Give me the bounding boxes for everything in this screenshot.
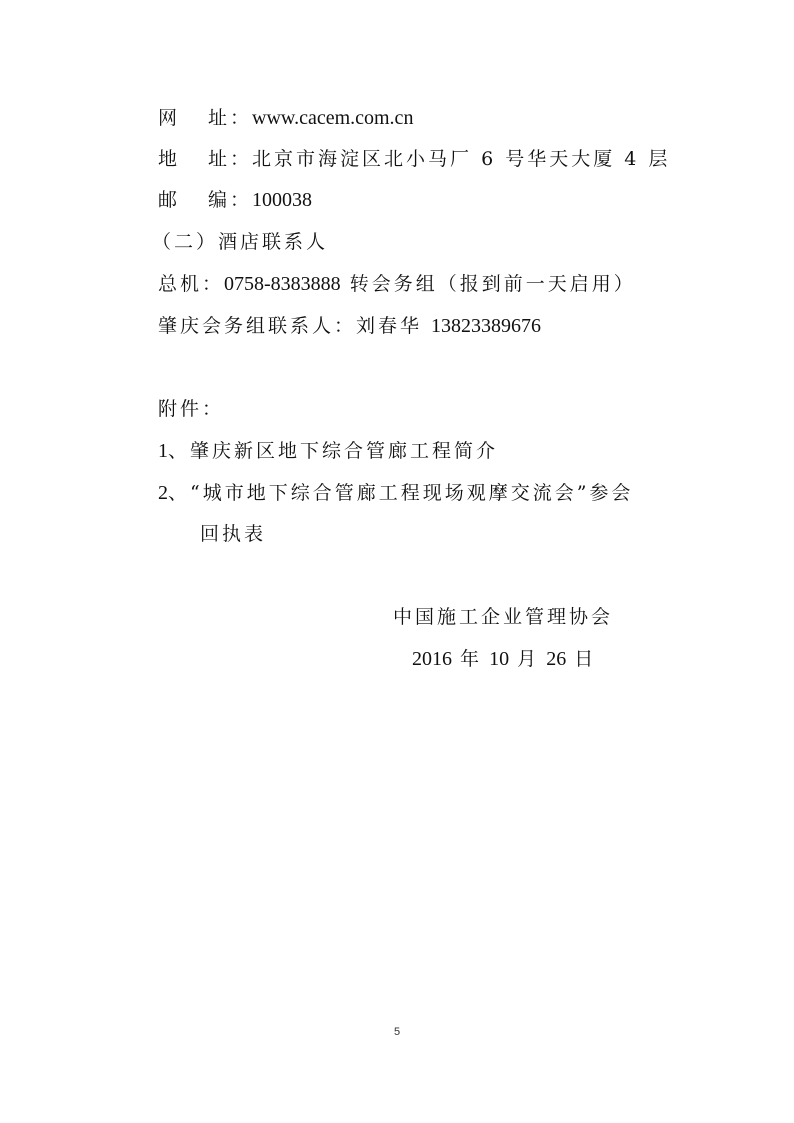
hotel-contact-heading: （二）酒店联系人 (152, 229, 328, 255)
attachment-item-2-continuation: 回执表 (200, 521, 266, 547)
date-day: 26 (546, 648, 566, 670)
date-month-unit: 月 (509, 648, 546, 670)
postcode-label-b: 编： (208, 189, 252, 211)
attachment-text: 、肇庆新区地下综合管廊工程简介 (168, 440, 498, 462)
contact-person-label: 肇庆会务组联系人：刘春华 (158, 315, 431, 337)
attachment-number: 2 (158, 482, 168, 504)
website-label-a: 网 (158, 107, 180, 129)
attachment-text: 、“城市地下综合管廊工程现场观摩交流会”参会 (168, 482, 633, 504)
switchboard-number: 0758-8383888 (224, 273, 341, 295)
postcode-value: 100038 (252, 189, 312, 211)
date-day-unit: 日 (566, 648, 595, 670)
attachments-heading: 附件： (158, 396, 224, 422)
address-line: 地址：北京市海淀区北小马厂 6 号华天大厦 4 层 (158, 146, 670, 172)
date-year-unit: 年 (452, 648, 489, 670)
website-line: 网址：www.cacem.com.cn (158, 105, 413, 131)
address-label-b: 址： (208, 148, 252, 170)
attachment-number: 1 (158, 440, 168, 462)
address-value: 北京市海淀区北小马厂 6 号华天大厦 4 层 (252, 148, 670, 170)
switchboard-line: 总机：0758-8383888 转会务组（报到前一天启用） (158, 271, 636, 297)
switchboard-note: 转会务组（报到前一天启用） (341, 273, 636, 295)
website-label-b: 址： (208, 107, 252, 129)
address-label-a: 地 (158, 148, 180, 170)
attachment-item-1: 1、肇庆新区地下综合管廊工程简介 (158, 438, 498, 464)
date-month: 10 (489, 648, 509, 670)
page-number: 5 (0, 1026, 794, 1038)
attachment-item-2: 2、“城市地下综合管廊工程现场观摩交流会”参会 (158, 480, 633, 506)
postcode-label-a: 邮 (158, 189, 180, 211)
date-year: 2016 (412, 648, 452, 670)
postcode-line: 邮编：100038 (158, 187, 312, 213)
signature-date: 2016 年 10 月 26 日 (412, 646, 595, 672)
signature-organization: 中国施工企业管理协会 (393, 604, 613, 630)
contact-person-line: 肇庆会务组联系人：刘春华 13823389676 (158, 313, 541, 339)
switchboard-label: 总机： (158, 273, 224, 295)
contact-phone: 13823389676 (431, 315, 541, 337)
website-value: www.cacem.com.cn (252, 107, 413, 129)
